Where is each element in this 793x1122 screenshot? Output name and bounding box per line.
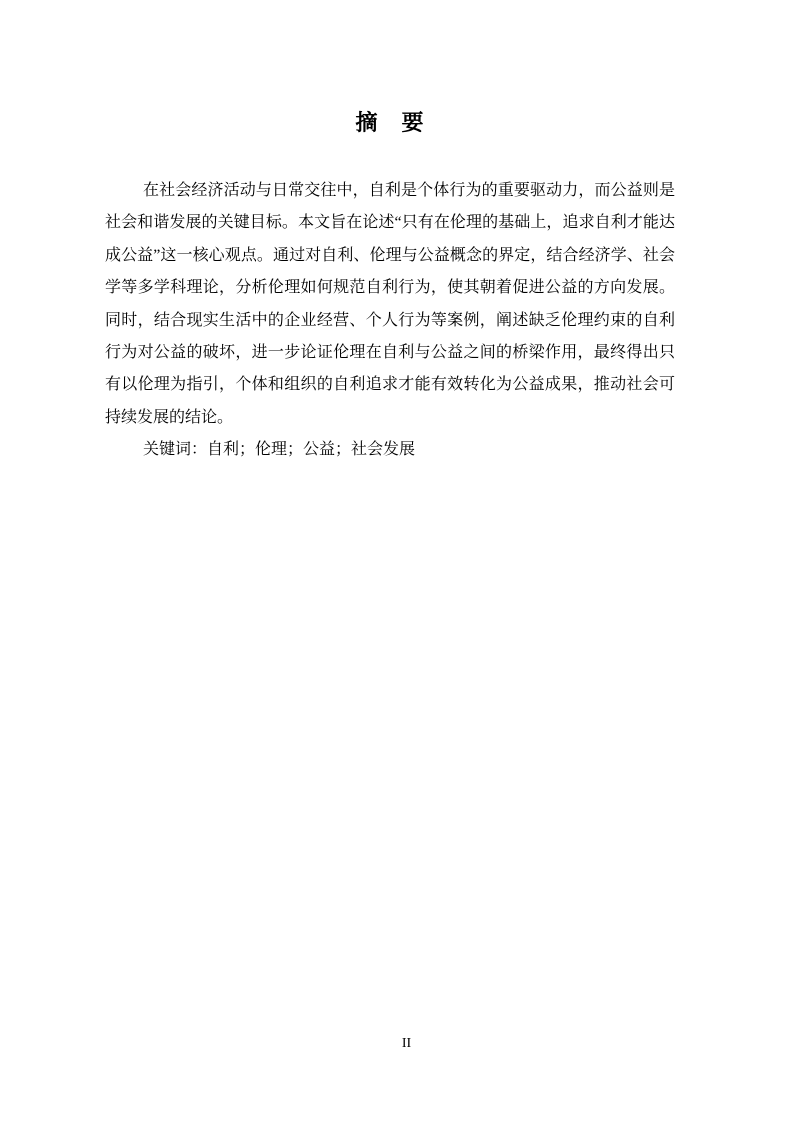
document-page: 摘 要 在社会经济活动与日常交往中，自利是个体行为的重要驱动力，而公益则是社会和… xyxy=(0,0,793,1122)
keywords-label: 关键词： xyxy=(143,441,207,458)
abstract-body: 在社会经济活动与日常交往中，自利是个体行为的重要驱动力，而公益则是社会和谐发展的… xyxy=(105,175,675,467)
abstract-paragraph: 在社会经济活动与日常交往中，自利是个体行为的重要驱动力，而公益则是社会和谐发展的… xyxy=(105,175,675,434)
abstract-title: 摘 要 xyxy=(105,108,675,138)
keywords-value: 自利；伦理；公益；社会发展 xyxy=(207,441,415,458)
page-number: II xyxy=(20,1036,793,1052)
keywords-line: 关键词：自利；伦理；公益；社会发展 xyxy=(105,434,675,466)
